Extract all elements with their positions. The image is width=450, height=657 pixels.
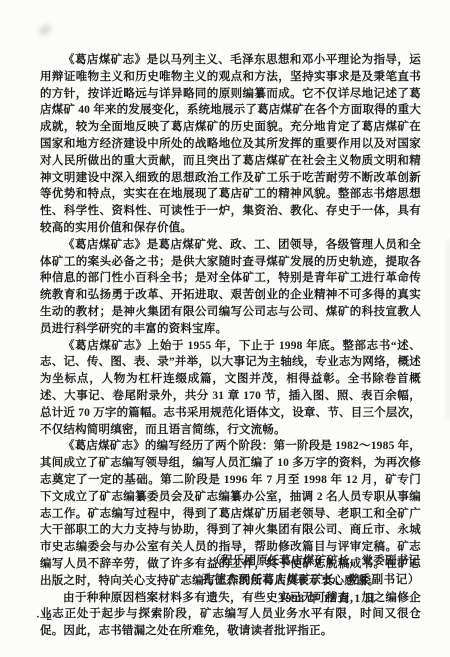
document-page: 《葛店煤矿志》是以马列主义、毛泽东思想和邓小平理论为指导，运用辩证唯物主义和历史… bbox=[0, 0, 450, 657]
signature-date: 1998 年 12 月 1 日 bbox=[180, 590, 420, 609]
scan-artifact bbox=[37, 23, 53, 37]
signature-line-2: 孔德杰现任葛店煤矿矿长、党委副书记） bbox=[180, 571, 420, 590]
page-number: · 2 · bbox=[36, 611, 64, 623]
signature-line-1: （程乐团原任葛店煤矿矿长、党委副书记 bbox=[180, 552, 420, 571]
signature-block: （程乐团原任葛店煤矿矿长、党委副书记 孔德杰现任葛店煤矿矿长、党委副书记） 19… bbox=[180, 552, 420, 609]
paragraph-2: 《葛店煤矿志》是葛店煤矿党、政、工、团领导，各级管理人员和全体矿工的案头必备之书… bbox=[40, 237, 421, 338]
paragraph-3: 《葛店煤矿志》上始于 1955 年，下止于 1998 年底。整部志书“述、志、记… bbox=[40, 338, 421, 439]
paragraph-1: 《葛店煤矿志》是以马列主义、毛泽东思想和邓小平理论为指导，运用辩证唯物主义和历史… bbox=[40, 52, 421, 237]
